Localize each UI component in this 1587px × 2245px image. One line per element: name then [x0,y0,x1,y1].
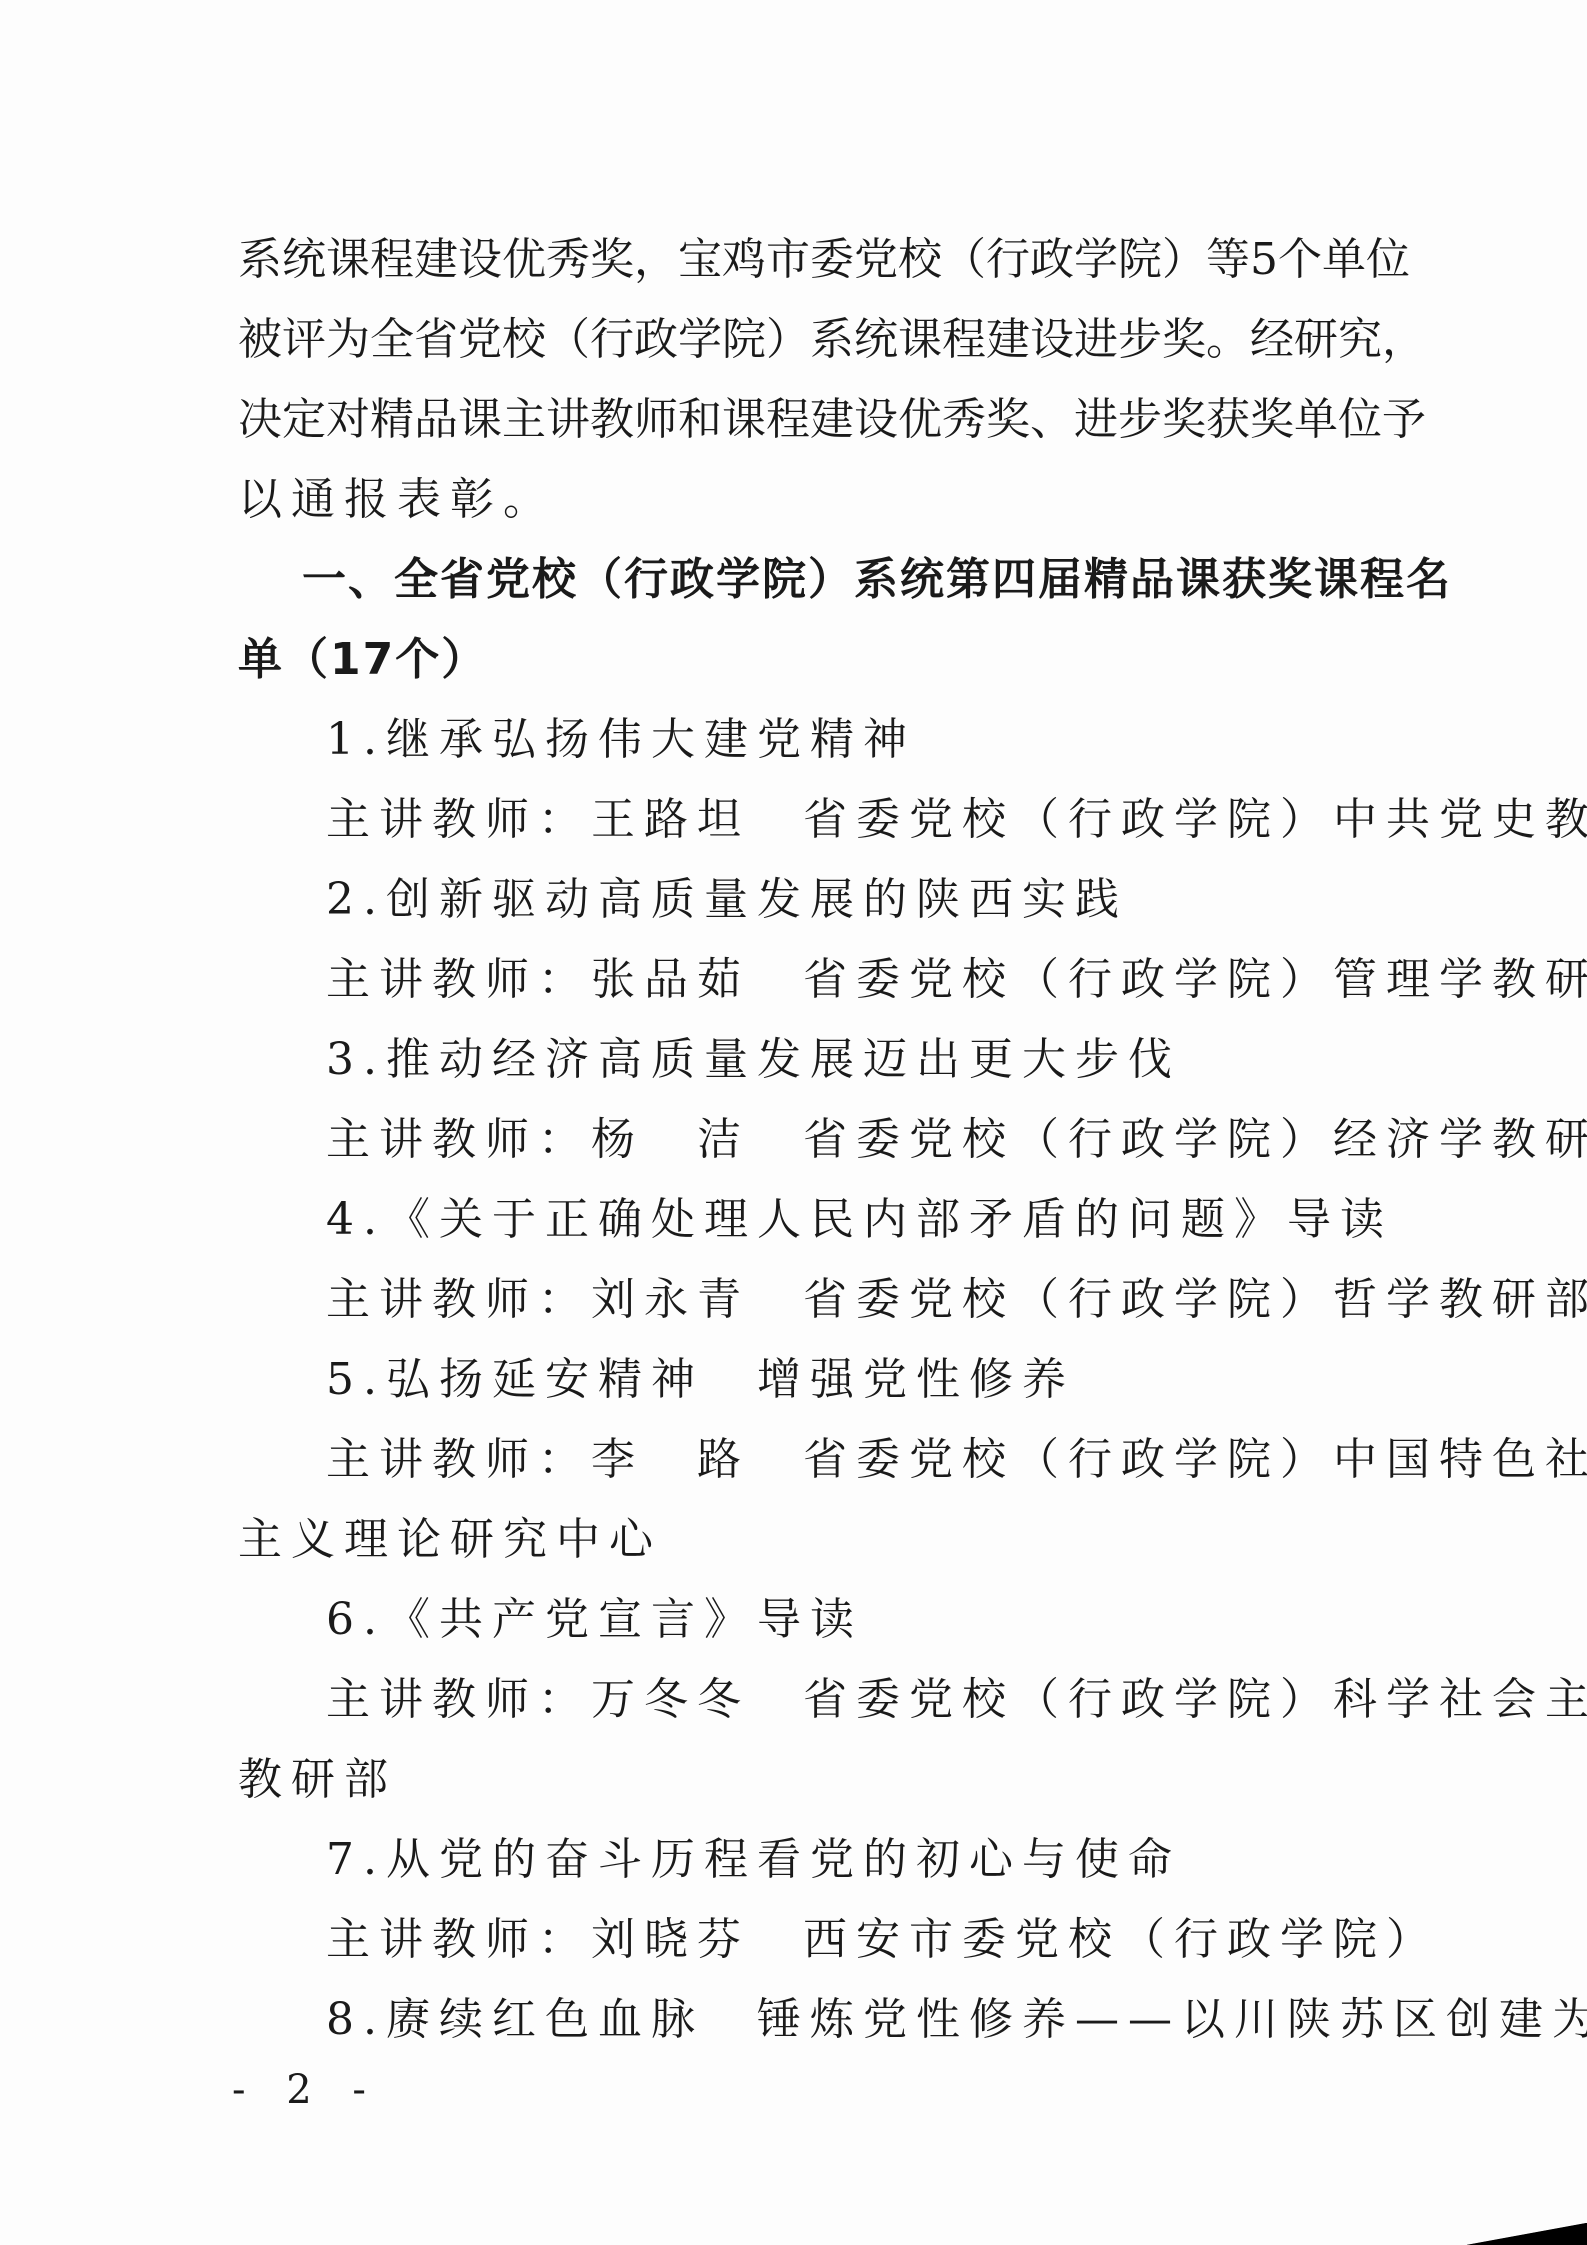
course-title: 1.继承弘扬伟大建党精神 [238,700,1390,780]
section-heading-line: 一、全省党校（行政学院）系统第四届精品课获奖课程名 [238,540,1390,620]
course-title: 5.弘扬延安精神 增强党性修养 [238,1340,1390,1420]
section-heading: 一、全省党校（行政学院）系统第四届精品课获奖课程名 单（17个） [238,540,1390,700]
course-title: 8.赓续红色血脉 锤炼党性修养——以川陕苏区创建为例 [238,1980,1390,2060]
course-item: 7.从党的奋斗历程看党的初心与使命 主讲教师：刘晓芬 西安市委党校（行政学院） [238,1820,1390,1980]
document-page: 系统课程建设优秀奖，宝鸡市委党校（行政学院）等5个单位 被评为全省党校（行政学院… [0,0,1587,2245]
course-item: 6.《共产党宣言》导读 主讲教师：万冬冬 省委党校（行政学院）科学社会主义 教研… [238,1580,1390,1820]
section-heading-line: 单（17个） [238,620,1390,700]
course-title: 4.《关于正确处理人民内部矛盾的问题》导读 [238,1180,1390,1260]
course-title: 3.推动经济高质量发展迈出更大步伐 [238,1020,1390,1100]
course-teacher: 主讲教师：李 路 省委党校（行政学院）中国特色社会 [238,1420,1390,1500]
course-item: 3.推动经济高质量发展迈出更大步伐 主讲教师：杨 洁 省委党校（行政学院）经济学… [238,1020,1390,1180]
intro-paragraph: 系统课程建设优秀奖，宝鸡市委党校（行政学院）等5个单位 被评为全省党校（行政学院… [238,220,1390,540]
course-teacher-continued: 教研部 [238,1740,1390,1820]
paragraph-line: 系统课程建设优秀奖，宝鸡市委党校（行政学院）等5个单位 [238,220,1390,300]
paragraph-line: 决定对精品课主讲教师和课程建设优秀奖、进步奖获奖单位予 [238,380,1390,460]
paragraph-line: 被评为全省党校（行政学院）系统课程建设进步奖。经研究， [238,300,1390,380]
course-title: 7.从党的奋斗历程看党的初心与使命 [238,1820,1390,1900]
course-teacher: 主讲教师：刘永青 省委党校（行政学院）哲学教研部 [238,1260,1390,1340]
course-teacher: 主讲教师：张品茹 省委党校（行政学院）管理学教研部 [238,940,1390,1020]
course-title: 6.《共产党宣言》导读 [238,1580,1390,1660]
course-teacher: 主讲教师：王路坦 省委党校（行政学院）中共党史教研部 [238,780,1390,860]
course-item: 5.弘扬延安精神 增强党性修养 主讲教师：李 路 省委党校（行政学院）中国特色社… [238,1340,1390,1580]
course-teacher: 主讲教师：万冬冬 省委党校（行政学院）科学社会主义 [238,1660,1390,1740]
course-teacher: 主讲教师：杨 洁 省委党校（行政学院）经济学教研部 [238,1100,1390,1180]
course-item: 8.赓续红色血脉 锤炼党性修养——以川陕苏区创建为例 [238,1980,1390,2060]
course-item: 1.继承弘扬伟大建党精神 主讲教师：王路坦 省委党校（行政学院）中共党史教研部 [238,700,1390,860]
paragraph-line: 以通报表彰。 [238,460,1390,540]
document-body: 系统课程建设优秀奖，宝鸡市委党校（行政学院）等5个单位 被评为全省党校（行政学院… [238,220,1390,2060]
page-number: - 2 - [232,2062,380,2118]
course-title: 2.创新驱动高质量发展的陕西实践 [238,860,1390,940]
scan-shadow-artifact [1467,2223,1587,2245]
course-teacher-continued: 主义理论研究中心 [238,1500,1390,1580]
course-item: 4.《关于正确处理人民内部矛盾的问题》导读 主讲教师：刘永青 省委党校（行政学院… [238,1180,1390,1340]
course-item: 2.创新驱动高质量发展的陕西实践 主讲教师：张品茹 省委党校（行政学院）管理学教… [238,860,1390,1020]
course-list: 1.继承弘扬伟大建党精神 主讲教师：王路坦 省委党校（行政学院）中共党史教研部 … [238,700,1390,2060]
course-teacher: 主讲教师：刘晓芬 西安市委党校（行政学院） [238,1900,1390,1980]
